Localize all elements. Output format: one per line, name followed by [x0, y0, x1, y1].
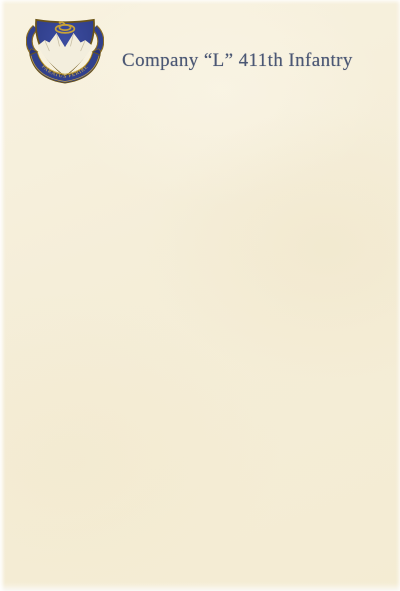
regimental-crest: PARATUS FERIRE: [26, 12, 104, 94]
letterhead-paper: PARATUS FERIRE Company “L” 411th Infantr…: [0, 0, 400, 591]
letterhead-heading: Company “L” 411th Infantry: [122, 50, 353, 72]
